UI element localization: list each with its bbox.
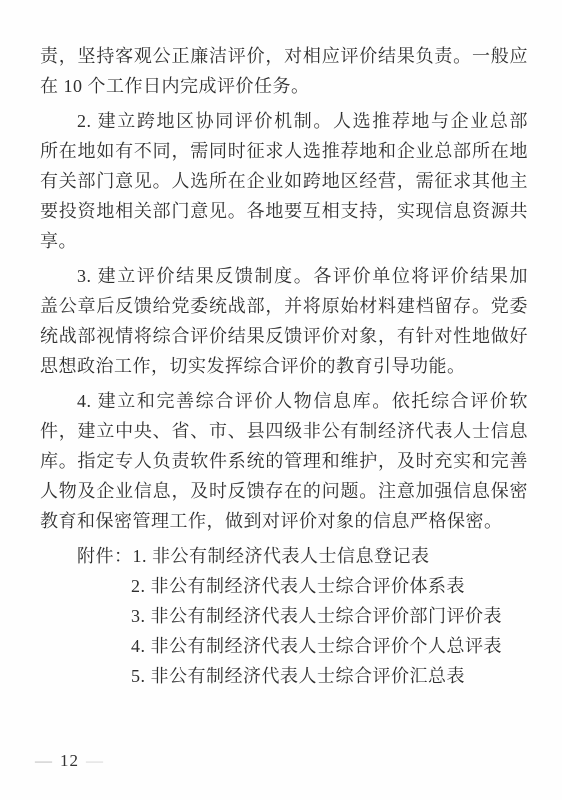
attachment-item: 2. 非公有制经济代表人士综合评价体系表 <box>40 571 528 601</box>
page-footer: — 12 — <box>35 750 104 772</box>
document-page: 责，坚持客观公正廉洁评价，对相应评价结果负责。一般应 在 10 个工作日内完成评… <box>0 0 562 800</box>
body-line: 有关部门意见。人选所在企业如跨地区经营，需征求其他主 <box>40 166 528 196</box>
body-line: 教育和保密管理工作，做到对评价对象的信息严格保密。 <box>40 506 528 536</box>
body-line: 2. 建立跨地区协同评价机制。人选推荐地与企业总部 <box>40 106 528 136</box>
body-line: 3. 建立评价结果反馈制度。各评价单位将评价结果加 <box>40 261 528 291</box>
body-line: 所在地如有不同，需同时征求人选推荐地和企业总部所在地 <box>40 136 528 166</box>
body-line: 统战部视情将综合评价结果反馈评价对象，有针对性地做好 <box>40 321 528 351</box>
attachment-list: 附件：1. 非公有制经济代表人士信息登记表 2. 非公有制经济代表人士综合评价体… <box>40 541 528 691</box>
body-line: 在 10 个工作日内完成评价任务。 <box>40 71 528 101</box>
paragraph-3: 3. 建立评价结果反馈制度。各评价单位将评价结果加 盖公章后反馈给党委统战部，并… <box>40 261 528 381</box>
footer-dash-left: — <box>35 750 53 772</box>
page-number: 12 <box>60 750 79 772</box>
attachment-line: 附件：1. 非公有制经济代表人士信息登记表 <box>40 541 528 571</box>
attachment-item: 5. 非公有制经济代表人士综合评价汇总表 <box>40 661 528 691</box>
paragraph-continuation: 责，坚持客观公正廉洁评价，对相应评价结果负责。一般应 在 10 个工作日内完成评… <box>40 41 528 101</box>
body-line: 享。 <box>40 226 528 256</box>
body-line: 4. 建立和完善综合评价人物信息库。依托综合评价软 <box>40 386 528 416</box>
footer-dash-right: — <box>86 750 104 772</box>
body-line: 件，建立中央、省、市、县四级非公有制经济代表人士信息 <box>40 416 528 446</box>
body-line: 思想政治工作，切实发挥综合评价的教育引导功能。 <box>40 351 528 381</box>
body-line: 库。指定专人负责软件系统的管理和维护，及时充实和完善 <box>40 446 528 476</box>
attachment-item: 3. 非公有制经济代表人士综合评价部门评价表 <box>40 601 528 631</box>
attachment-item: 1. 非公有制经济代表人士信息登记表 <box>133 546 430 566</box>
paragraph-4: 4. 建立和完善综合评价人物信息库。依托综合评价软 件，建立中央、省、市、县四级… <box>40 386 528 536</box>
document-body: 责，坚持客观公正廉洁评价，对相应评价结果负责。一般应 在 10 个工作日内完成评… <box>40 41 528 691</box>
body-line: 盖公章后反馈给党委统战部，并将原始材料建档留存。党委 <box>40 291 528 321</box>
body-line: 要投资地相关部门意见。各地要互相支持，实现信息资源共 <box>40 196 528 226</box>
body-line: 责，坚持客观公正廉洁评价，对相应评价结果负责。一般应 <box>40 41 528 71</box>
attachment-label: 附件： <box>77 546 133 566</box>
body-line: 人物及企业信息，及时反馈存在的问题。注意加强信息保密 <box>40 476 528 506</box>
attachment-item: 4. 非公有制经济代表人士综合评价个人总评表 <box>40 631 528 661</box>
paragraph-2: 2. 建立跨地区协同评价机制。人选推荐地与企业总部 所在地如有不同，需同时征求人… <box>40 106 528 256</box>
